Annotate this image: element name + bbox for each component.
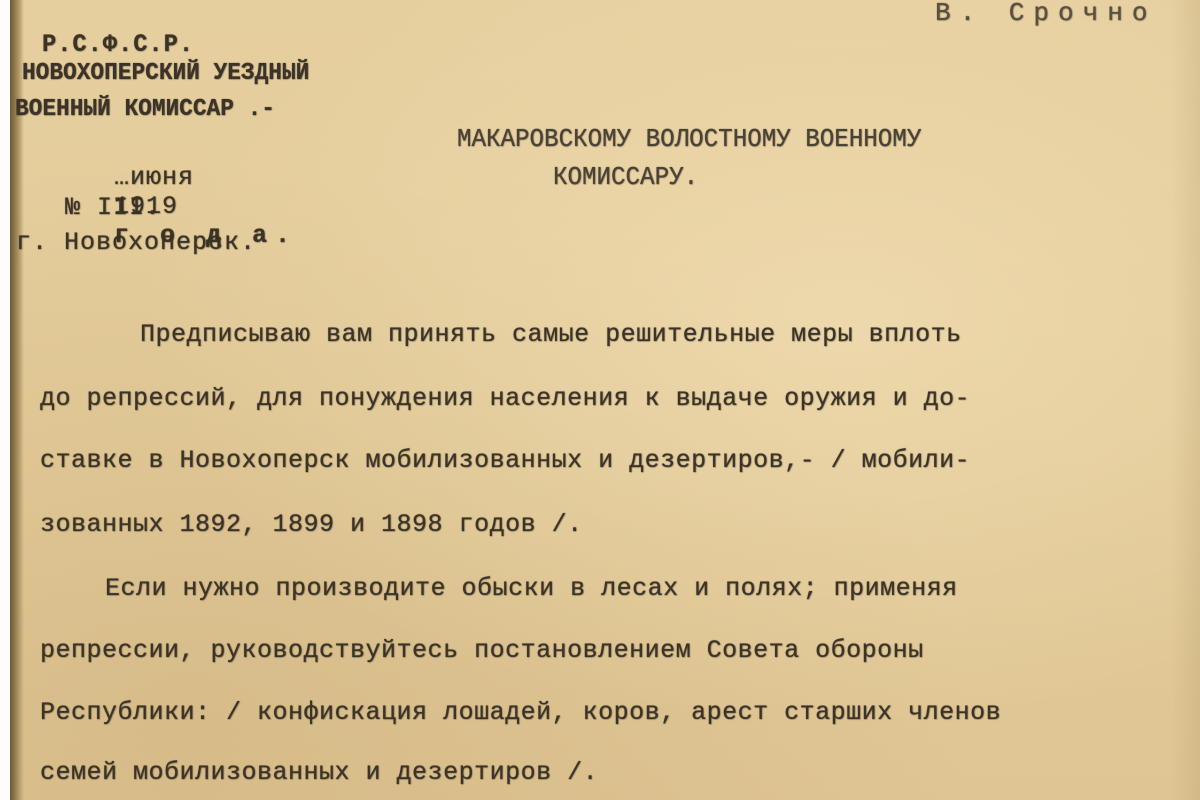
body-line-3: ставке в Новохоперск мобилизованных и де…: [40, 446, 970, 475]
body-line-7: Республики: / конфискация лошадей, коров…: [40, 698, 1001, 727]
urgency-mark: В. Срочно: [935, 0, 1156, 28]
body-line-5: Если нужно производите обыски в лесах и …: [105, 574, 958, 603]
date-prefix: …июня: [114, 163, 194, 192]
scanned-document: В. Срочно Р.С.Ф.С.Р. НОВОХОПЕРСКИЙ УЕЗДН…: [0, 0, 1200, 800]
addressee-line2: КОМИССАРУ.: [553, 162, 698, 192]
page-shadow: [1170, 0, 1200, 800]
body-line-1: Предписываю вам принять самые решительны…: [140, 320, 962, 349]
body-line-2: до репрессий, для понуждения населения к…: [40, 384, 970, 413]
header-office-line1: НОВОХОПЕРСКИЙ УЕЗДНЫЙ: [22, 60, 309, 87]
body-line-8: семей мобилизованных и дезертиров /.: [40, 758, 598, 787]
paper-sheet: В. Срочно Р.С.Ф.С.Р. НОВОХОПЕРСКИЙ УЕЗДН…: [10, 0, 1200, 800]
body-line-4: зованных 1892, 1899 и 1898 годов /.: [40, 510, 583, 539]
header-country: Р.С.Ф.С.Р.: [42, 30, 194, 59]
document-number: № III.: [65, 193, 161, 222]
header-office-line2: ВОЕННЫЙ КОМИССАР .-: [15, 96, 275, 123]
body-line-6: репрессии, руководствуйтесь постановлени…: [40, 636, 924, 665]
header-city: г. Новохоперск.: [16, 228, 256, 257]
addressee-line1: МАКАРОВСКОМУ ВОЛОСТНОМУ ВОЕННОМУ: [457, 124, 921, 154]
